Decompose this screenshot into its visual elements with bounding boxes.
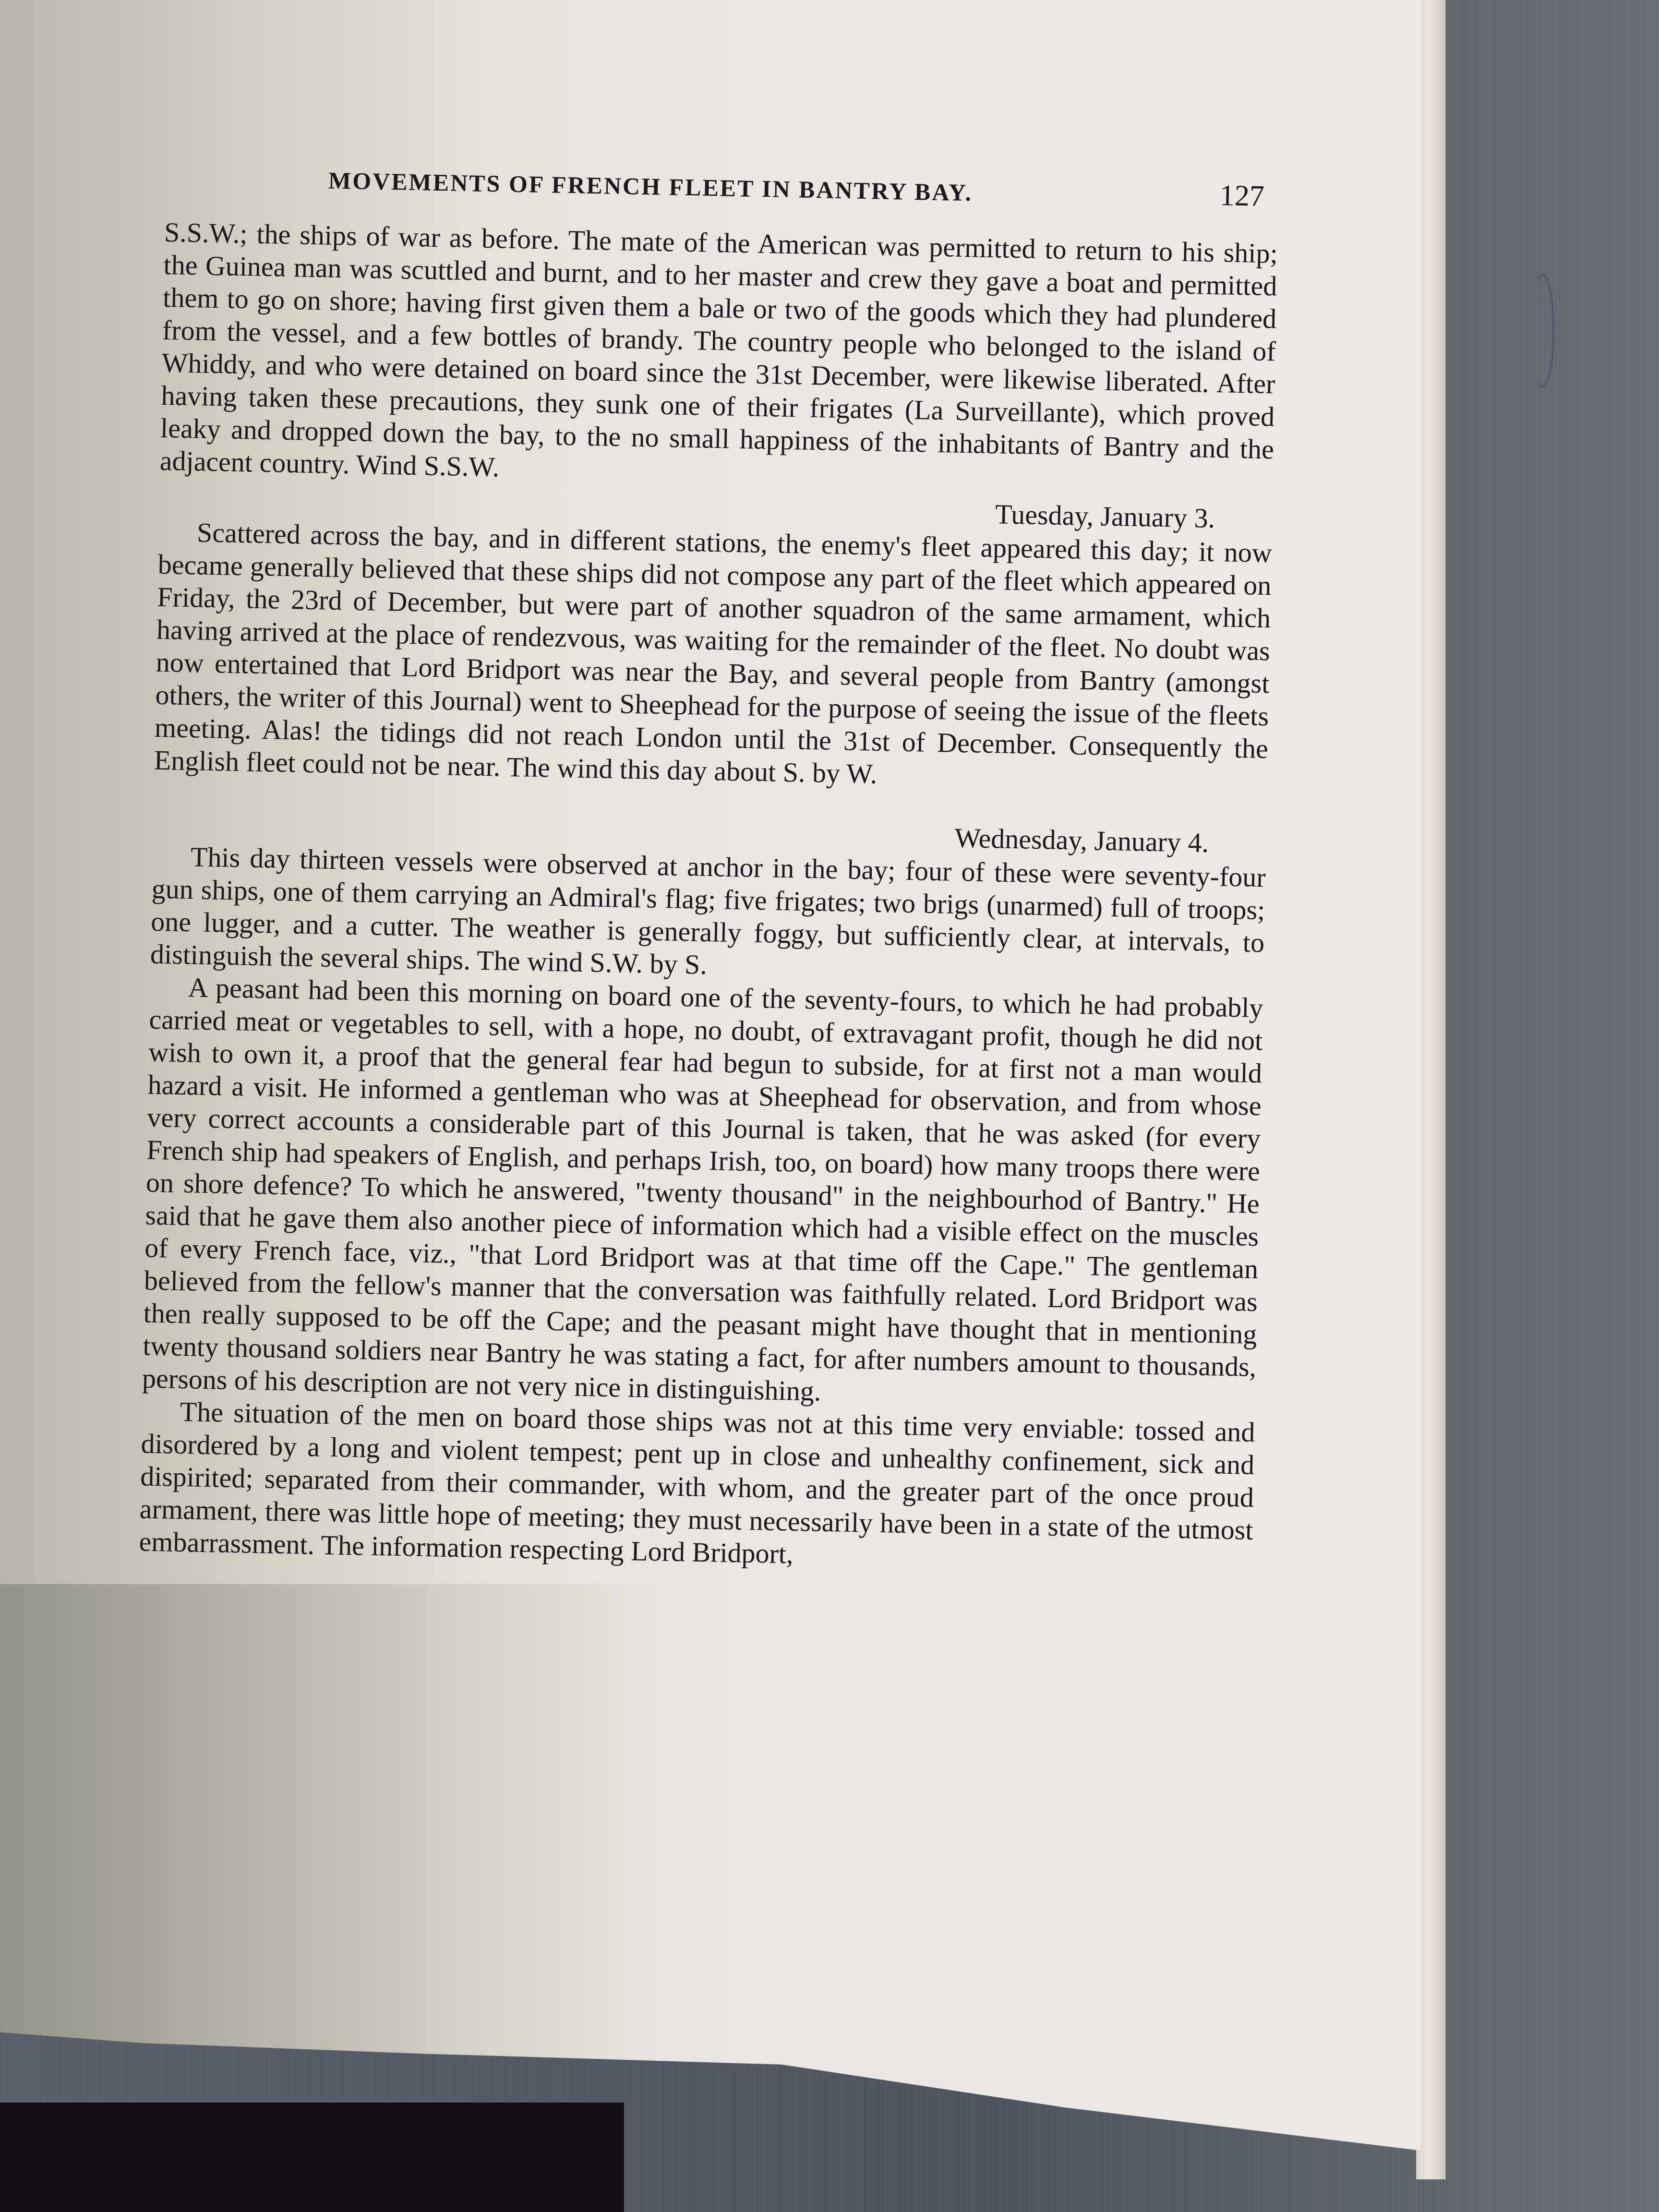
library-stamp-mark: [1531, 274, 1554, 388]
shadow: [0, 2103, 624, 2212]
paragraph: The situation of the men on board those …: [139, 1395, 1255, 1579]
paragraph: S.S.W.; the ships of war as before. The …: [159, 216, 1278, 498]
page-number: 127: [1219, 179, 1264, 214]
running-title: MOVEMENTS OF FRENCH FLEET IN BANTRY BAY.: [328, 167, 973, 207]
paragraph: A peasant had been this morning on board…: [142, 971, 1264, 1416]
paragraph: Scattered across the bay, and in differe…: [154, 516, 1272, 798]
page-text: MOVEMENTS OF FRENCH FLEET IN BANTRY BAY.…: [139, 158, 1279, 1579]
paragraph: This day thirteen vessels were observed …: [150, 840, 1266, 992]
